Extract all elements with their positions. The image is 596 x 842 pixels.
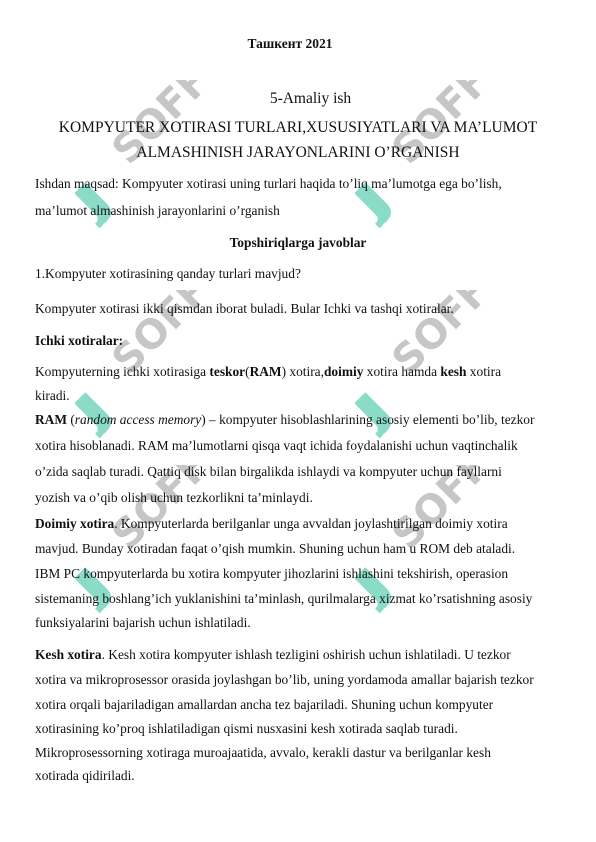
work-number-text: 5-Amaliy ish — [270, 90, 351, 107]
rom-line-5: funksiyalarini bajarish uchun ishlatilad… — [35, 615, 251, 631]
memory-intro: Kompyuter xotirasi ikki qismdan iborat b… — [35, 301, 454, 317]
text-span: . Kesh xotira kompyuter ishlash tezligin… — [102, 647, 511, 662]
question-1: 1.Kompyuter xotirasining qanday turlari … — [35, 266, 301, 282]
cache-line-2: xotira va mikroprosessor orasida joylash… — [35, 672, 534, 688]
answers-heading: Topshiriqlarga javoblar — [0, 235, 596, 251]
text-span: xotira hamda — [363, 364, 440, 379]
rom-line-4: sistemaning boshlang’ich yuklanishini ta… — [35, 591, 532, 607]
cache-line-5: Mikroprosessorning xotiraga muroajaatida… — [35, 745, 491, 761]
internal-memory-heading: Ichki xotiralar: — [35, 333, 123, 349]
cache-line-1: Kesh xotira. Kesh xotira kompyuter ishla… — [35, 647, 511, 663]
rom-line-1: Doimiy xotira. Kompyuterlarda berilganla… — [35, 516, 508, 532]
work-number: 5-Amaliy ish — [0, 91, 596, 107]
ram-line-1: RAM (random access memory) – kompyuter h… — [35, 412, 534, 428]
text-span: ) – kompyuter hisoblashlarining asosiy e… — [201, 412, 534, 427]
city-year: Ташкент 2021 — [190, 36, 390, 52]
cache-line-3: xotira orqali bajariladigan amallardan a… — [35, 697, 493, 713]
ram-expansion: random access memory — [75, 412, 201, 427]
goal-line-1: Ishdan maqsad: Kompyuter xotirasi uning … — [35, 176, 502, 192]
cache-line-4: xotirasining ko’proq ishlatiladigan qism… — [35, 721, 458, 737]
ram-line-4: yozish va o’qib olish uchun tezkorlikni … — [35, 490, 313, 506]
bold-term: RAM — [250, 364, 282, 379]
ram-line-3: o’zida saqlab turadi. Qattiq disk bilan … — [35, 464, 502, 480]
cache-term: Kesh xotira — [35, 647, 102, 662]
text-span: Kompyuterning ichki xotirasiga — [35, 364, 209, 379]
rom-line-2: mavjud. Bunday xotiradan faqat o’qish mu… — [35, 541, 515, 557]
internal-intro-line-2: kiradi. — [35, 388, 70, 404]
bold-term: doimiy — [324, 364, 363, 379]
rom-term: Doimiy xotira — [35, 516, 114, 531]
text-span: xotira — [466, 364, 501, 379]
bold-term: teskor — [209, 364, 245, 379]
document-page: JJSOFF JJSOFF JJSOFF JJSOFF JJSOFF JJSOF… — [0, 0, 596, 842]
title-line-2: ALMASHINISH JARAYONLARINI O’RGANISH — [0, 145, 596, 161]
ram-term: RAM — [35, 412, 67, 427]
text-span: ( — [67, 412, 75, 427]
goal-line-2: ma’lumot almashinish jarayonlarini o’rga… — [35, 203, 280, 219]
rom-line-3: IBM PC kompyuterlarda bu xotira kompyute… — [35, 566, 508, 582]
internal-intro-line-1: Kompyuterning ichki xotirasiga teskor(RA… — [35, 364, 501, 380]
text-span: ) xotira, — [282, 364, 324, 379]
title-line-1: KOMPYUTER XOTIRASI TURLARI,XUSUSIYATLARI… — [0, 120, 596, 136]
cache-line-6: xotirada qidiriladi. — [35, 768, 135, 784]
ram-line-2: xotira hisoblanadi. RAM ma’lumotlarni qi… — [35, 438, 518, 454]
text-span: . Kompyuterlarda berilganlar unga avvald… — [114, 516, 507, 531]
bold-term: kesh — [440, 364, 466, 379]
